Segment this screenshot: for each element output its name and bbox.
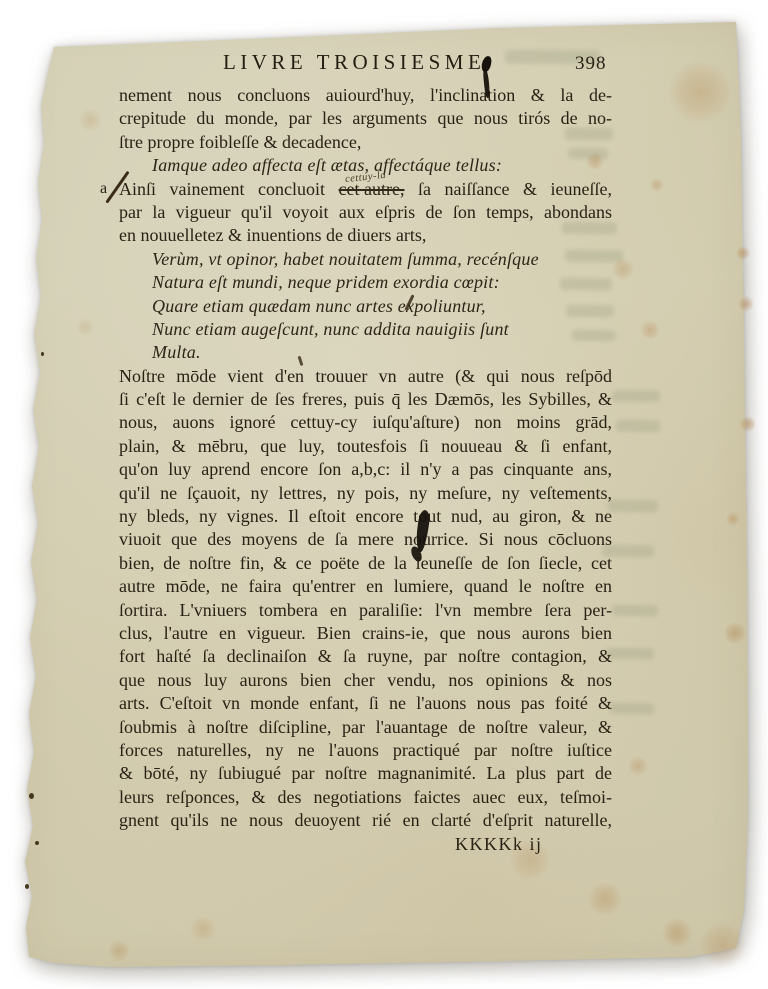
text-line: fort haſté ſa declinaiſon & ſa ruyne, pa… [119, 645, 612, 668]
text-line: ſi c'eſt le dernier de ſes freres, puis … [119, 388, 612, 411]
edge-speck [29, 793, 34, 799]
text-line: & bōté, ny ſubiugué par noſtre magnanimi… [119, 762, 612, 785]
text-line: arts. C'eſtoit vn monde enfant, ſi ne l'… [119, 692, 612, 715]
text-line: Noſtre mōde vient d'en trouuer vn autre … [119, 365, 612, 388]
text-line: crepitude du monde, par les arguments qu… [119, 107, 612, 130]
text-line: ny bleds, ny vignes. Il eſtoit encore to… [119, 505, 612, 528]
text-line: par la vigueur qu'il voyoit aux eſpris d… [119, 201, 612, 224]
showthrough-mark [606, 648, 654, 659]
text-segment: ſa naiſſance & ieuneſſe, [404, 179, 612, 199]
verse-line: Verùm, vt opinor, habet nouitatem ſumma,… [119, 248, 612, 271]
showthrough-mark [612, 605, 658, 616]
struck-phrase: cettuy-lacet autre, [339, 178, 405, 201]
margin-note-letter: a [100, 180, 107, 198]
text-line: leurs reſponces, & des negotiations faic… [119, 786, 612, 809]
signature-line: KKKKk ij [119, 833, 612, 856]
text-line: forces naturelles, ny ne l'auons practiq… [119, 739, 612, 762]
showthrough-mark [612, 390, 660, 402]
edge-speck [25, 884, 29, 889]
text-line: bien, de noſtre fin, & ce poëte de la ie… [119, 552, 612, 575]
edge-speck [41, 352, 44, 356]
text-line: qu'il ne ſçauoit, ny lettres, ny pois, n… [119, 482, 612, 505]
text-block: nement nous concluons auiourd'huy, l'inc… [119, 84, 612, 856]
scanned-book-page: LIVRE TROISIESME. 398 a nement nous conc… [0, 0, 768, 989]
text-line: clus, l'autre en vigueur. Bien crains-ie… [119, 622, 612, 645]
text-line: plain, & mēbru, que luy, toutesfois ſi n… [119, 435, 612, 458]
verse-line: Nunc etiam augeſcunt, nunc addita nauigi… [119, 318, 612, 341]
text-line: ſortira. L'vniuers tombera en paraliſie:… [119, 599, 612, 622]
showthrough-mark [608, 500, 658, 512]
text-line: gnent qu'ils ne nous deuoyent rié en cla… [119, 809, 612, 832]
showthrough-mark [610, 703, 654, 714]
text-line: ſtre propre foibleſſe & decadence, [119, 131, 612, 154]
text-line: viuoit que des moyens de ſa mere nourric… [119, 528, 612, 551]
edge-speck [35, 841, 39, 845]
page-number: 398 [575, 53, 607, 75]
text-line: nement nous concluons auiourd'huy, l'inc… [119, 84, 612, 107]
text-line: autre mōde, ne faira qu'entrer en lumier… [119, 575, 612, 598]
verse-line: Natura eſt mundi, neque pridem exordia c… [119, 271, 612, 294]
text-segment: Ainſi vainement concluoit [119, 179, 339, 199]
handwritten-correction: cettuy-la [343, 163, 386, 191]
gathering-signature: KKKKk ij [455, 834, 543, 854]
text-line-with-correction: Ainſi vainement concluoit cettuy-lacet a… [119, 178, 612, 201]
text-line: en nouuelletez & inuentions de diuers ar… [119, 224, 612, 247]
text-line: qu'on luy aprend encore ſon a,b,c: il n'… [119, 458, 612, 481]
text-line: nous, auons ignoré cettuy-cy iuſqu'aſtur… [119, 411, 612, 434]
verse-line: Quare etiam quædam nunc artes expoliuntu… [119, 295, 612, 318]
showthrough-mark [616, 420, 660, 432]
text-line: que nous luy aurons bien cher vendu, nos… [119, 669, 612, 692]
running-title: LIVRE TROISIESME. [119, 50, 599, 75]
verse-line: Multa. [119, 341, 612, 364]
text-line: ſoubmis à noſtre diſcipline, par l'auant… [119, 716, 612, 739]
